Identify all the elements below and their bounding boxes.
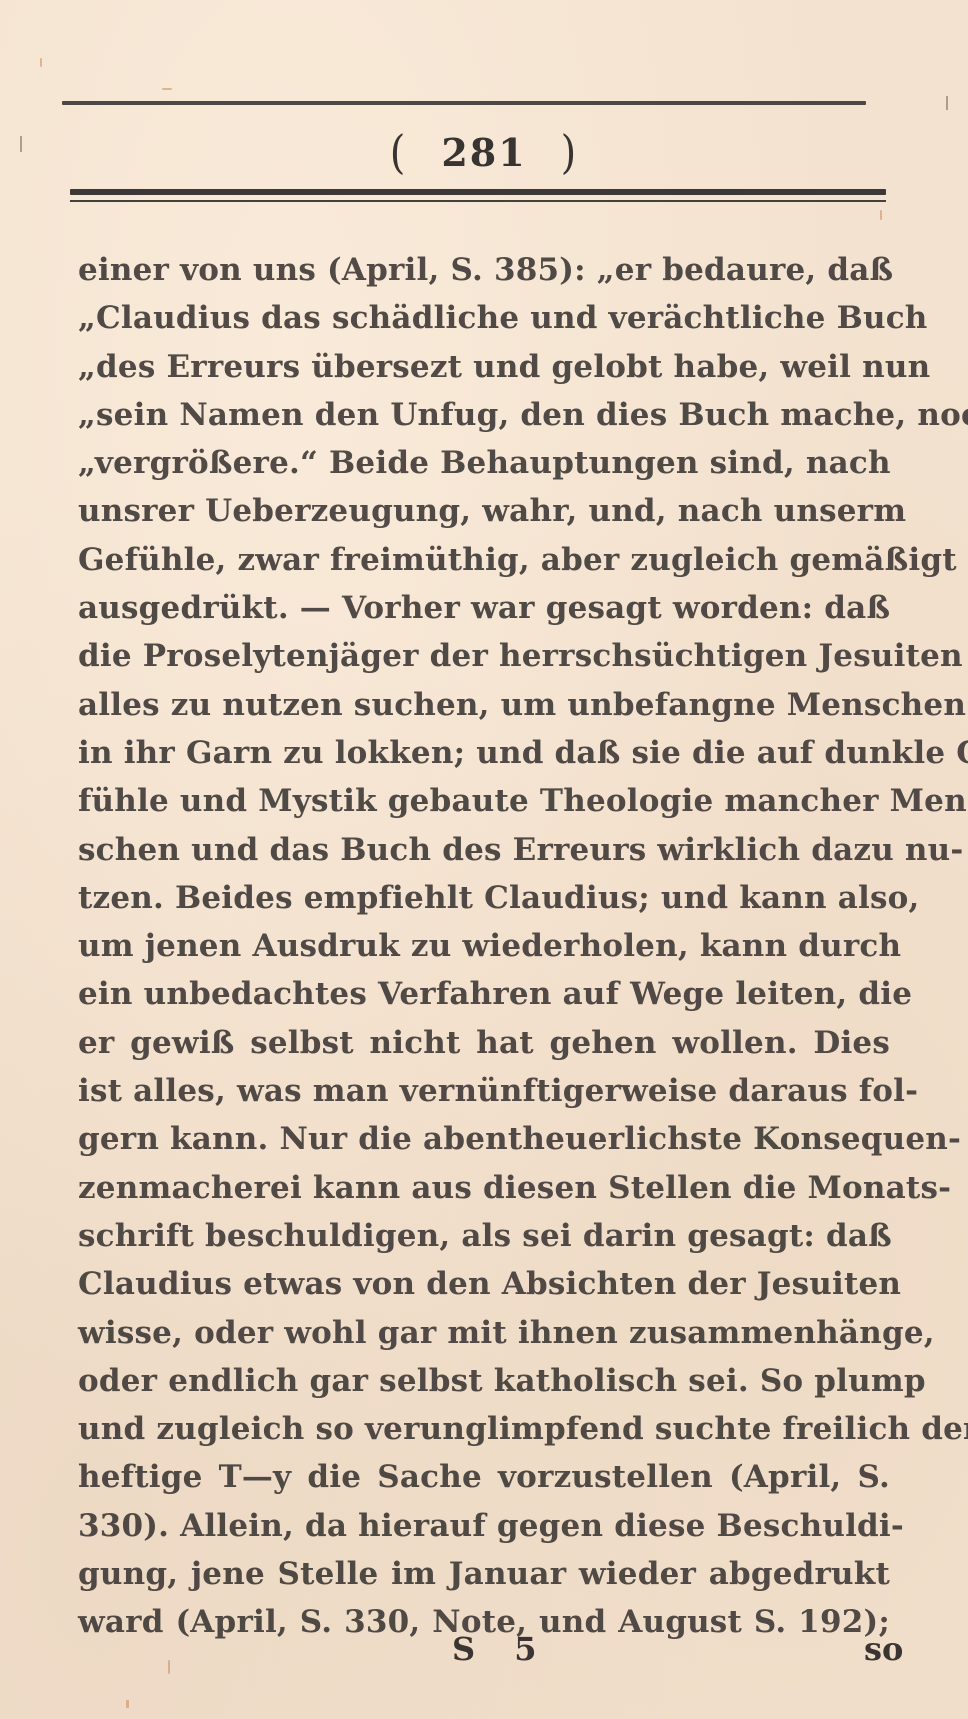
page-footer: S 5 so (0, 1630, 968, 1680)
open-parenthesis: ( (390, 124, 408, 182)
text-line: tzen. Beides empfiehlt Claudius; und kan… (78, 874, 890, 922)
header-rule-thin (70, 200, 886, 202)
paper-speck (880, 210, 882, 220)
paper-speck (126, 1700, 129, 1708)
text-line: die Proselytenjäger der herrschsüchtigen… (78, 632, 890, 680)
text-line: oder endlich gar selbst katholisch sei. … (78, 1357, 890, 1405)
header-double-rule (70, 189, 886, 203)
text-line: Claudius etwas von den Absichten der Jes… (78, 1260, 890, 1308)
text-line: „vergrößere.“ Beide Behauptungen sind, n… (78, 439, 890, 487)
text-line: ist alles, was man vernünftigerweise dar… (78, 1067, 890, 1115)
text-line: um jenen Ausdruk zu wiederholen, kann du… (78, 922, 890, 970)
text-line: gung, jene Stelle im Januar wieder abged… (78, 1550, 890, 1598)
text-line: unsrer Ueberzeugung, wahr, und, nach uns… (78, 487, 890, 535)
body-text: einer von uns (April, S. 385): „er bedau… (78, 246, 890, 1647)
text-line: und zugleich so verunglimpfend suchte fr… (78, 1405, 890, 1453)
text-line: „Claudius das schädliche und verächtlich… (78, 294, 890, 342)
text-line: fühle und Mystik gebaute Theologie manch… (78, 777, 890, 825)
text-line: gern kann. Nur die abentheuerlichste Kon… (78, 1115, 890, 1163)
header-top-rule (62, 101, 866, 105)
text-line: wisse, oder wohl gar mit ihnen zusammenh… (78, 1309, 890, 1357)
page-number-header: (281) (0, 128, 968, 178)
catchword: so (864, 1630, 903, 1668)
text-line: einer von uns (April, S. 385): „er bedau… (78, 246, 890, 294)
header-rule-thick (70, 189, 886, 195)
text-line: ein unbedachtes Verfahren auf Wege leite… (78, 970, 890, 1018)
text-line: zenmacherei kann aus diesen Stellen die … (78, 1164, 890, 1212)
text-line: heftige T—y die Sache vorzustellen (Apri… (78, 1453, 890, 1501)
close-parenthesis: ) (561, 124, 579, 182)
text-line: er gewiß selbst nicht hat gehen wollen. … (78, 1019, 890, 1067)
text-line: ausgedrükt. — Vorher war gesagt worden: … (78, 584, 890, 632)
text-line: in ihr Garn zu lokken; und daß sie die a… (78, 729, 890, 777)
text-line: schen und das Buch des Erreurs wirklich … (78, 826, 890, 874)
text-line: „des Erreurs übersezt und gelobt habe, w… (78, 343, 890, 391)
text-line: schrift beschuldigen, als sei darin gesa… (78, 1212, 890, 1260)
text-line: alles zu nutzen suchen, um unbefangne Me… (78, 681, 890, 729)
paper-speck (162, 88, 172, 90)
book-page: (281) einer von uns (April, S. 385): „er… (0, 0, 968, 1719)
margin-mark (946, 96, 948, 110)
text-line: „sein Namen den Unfug, den dies Buch mac… (78, 391, 890, 439)
signature-mark: S 5 (452, 1630, 551, 1668)
page-number: 281 (441, 130, 526, 175)
paper-speck (40, 58, 42, 67)
text-line: 330). Allein, da hierauf gegen diese Bes… (78, 1502, 890, 1550)
text-line: Gefühle, zwar freimüthig, aber zugleich … (78, 536, 890, 584)
